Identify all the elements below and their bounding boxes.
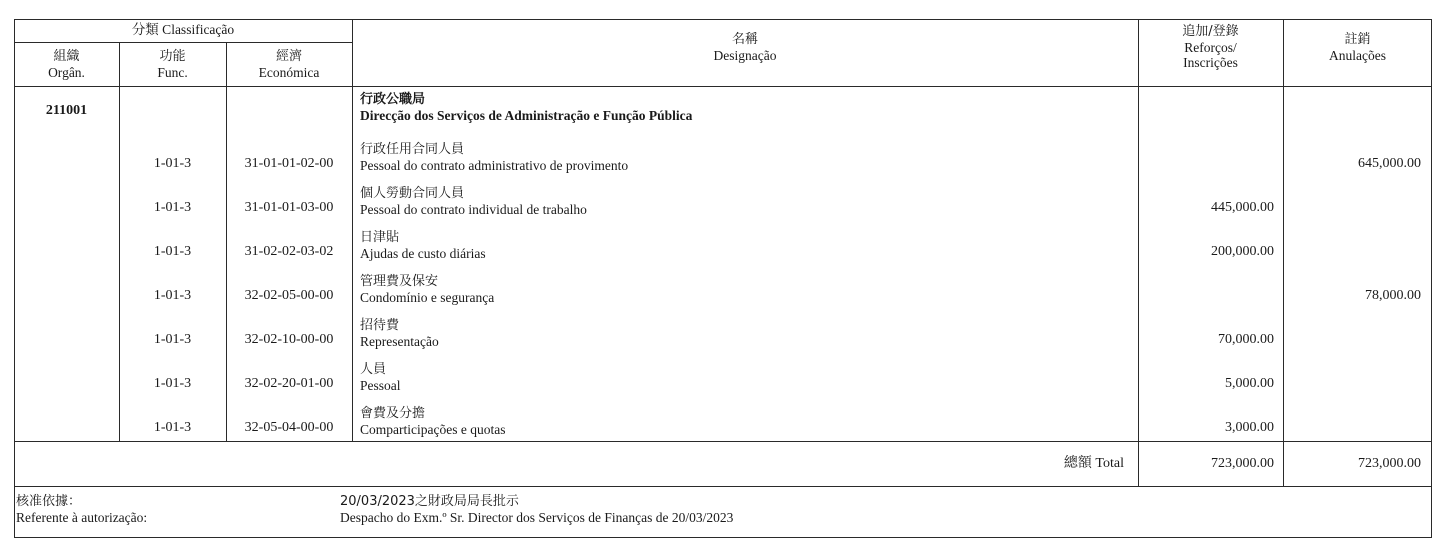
row-designation: 個人勞動合同人員Pessoal do contrato individual d… [360, 186, 1130, 218]
header-func-zh: 功能 [119, 49, 226, 65]
row-reforcos: 70,000.00 [1138, 332, 1274, 348]
header-organ-pt: Orgân. [14, 65, 119, 80]
row-designation-pt: Representação [360, 334, 1130, 350]
row-designation: 行政任用合同人員Pessoal do contrato administrati… [360, 142, 1130, 174]
row-designation: 會費及分擔Comparticipações e quotas [360, 406, 1130, 438]
header-reforcos-pt2: Inscrições [1138, 55, 1283, 70]
header-designation-pt: Designação [352, 48, 1138, 63]
row-designation-zh: 行政任用合同人員 [360, 142, 1130, 158]
header-designation-zh: 名稱 [352, 32, 1138, 48]
row-anulacoes: 78,000.00 [1283, 288, 1421, 304]
header-anulacoes: 註銷 Anulações [1283, 32, 1432, 63]
footer-label-zh: 核准依據： [16, 494, 336, 510]
row-func: 1-01-3 [119, 288, 226, 304]
footer-value: 20/03/2023之財政局局長批示 Despacho do Exm.º Sr.… [340, 494, 1240, 526]
row-func: 1-01-3 [119, 376, 226, 392]
header-designation: 名稱 Designação [352, 32, 1138, 63]
row-designation-zh: 人員 [360, 362, 1130, 378]
footer-label: 核准依據： Referente à autorização: [16, 494, 336, 526]
row-func: 1-01-3 [119, 332, 226, 348]
entity-name-zh: 行政公職局 [360, 92, 1130, 108]
footer-label-pt: Referente à autorização: [16, 510, 336, 526]
divider [352, 19, 353, 441]
row-reforcos: 445,000.00 [1138, 200, 1274, 216]
row-designation: 招待費Representação [360, 318, 1130, 350]
header-func-pt: Func. [119, 65, 226, 80]
row-designation: 人員Pessoal [360, 362, 1130, 394]
entity-code: 211001 [14, 103, 119, 119]
header-classification: 分類 Classificação [14, 22, 352, 37]
divider [14, 441, 1432, 442]
row-designation-pt: Pessoal do contrato administrativo de pr… [360, 158, 1130, 174]
header-reforcos-zh: 追加/登錄 [1138, 24, 1283, 40]
row-designation: 日津貼Ajudas de custo diárias [360, 230, 1130, 262]
header-econ-zh: 經濟 [226, 49, 352, 65]
row-designation-zh: 管理費及保安 [360, 274, 1130, 290]
row-func: 1-01-3 [119, 244, 226, 260]
footer-value-zh: 20/03/2023之財政局局長批示 [340, 494, 1240, 510]
row-econ: 31-01-01-02-00 [226, 156, 352, 172]
row-func: 1-01-3 [119, 156, 226, 172]
row-designation-zh: 日津貼 [360, 230, 1130, 246]
row-designation-zh: 招待費 [360, 318, 1130, 334]
row-designation-zh: 個人勞動合同人員 [360, 186, 1130, 202]
entity-name: 行政公職局 Direcção dos Serviços de Administr… [360, 92, 1130, 124]
divider [14, 42, 352, 43]
row-reforcos: 3,000.00 [1138, 420, 1274, 436]
row-econ: 31-01-01-03-00 [226, 200, 352, 216]
header-econ-pt: Económica [226, 65, 352, 80]
row-func: 1-01-3 [119, 200, 226, 216]
row-econ: 31-02-02-03-02 [226, 244, 352, 260]
header-anulacoes-zh: 註銷 [1283, 32, 1432, 48]
row-designation: 管理費及保安Condomínio e segurança [360, 274, 1130, 306]
row-anulacoes: 645,000.00 [1283, 156, 1421, 172]
row-designation-pt: Ajudas de custo diárias [360, 246, 1130, 262]
row-designation-pt: Pessoal [360, 378, 1130, 394]
header-anulacoes-pt: Anulações [1283, 48, 1432, 63]
row-designation-pt: Pessoal do contrato individual de trabal… [360, 202, 1130, 218]
header-reforcos-pt1: Reforços/ [1138, 40, 1283, 55]
row-designation-pt: Comparticipações e quotas [360, 422, 1130, 438]
row-reforcos: 200,000.00 [1138, 244, 1274, 260]
divider [1283, 19, 1284, 486]
header-func: 功能 Func. [119, 49, 226, 80]
row-econ: 32-02-05-00-00 [226, 288, 352, 304]
row-func: 1-01-3 [119, 420, 226, 436]
header-econ: 經濟 Económica [226, 49, 352, 80]
row-reforcos: 5,000.00 [1138, 376, 1274, 392]
row-econ: 32-05-04-00-00 [226, 420, 352, 436]
header-organ-zh: 組織 [14, 49, 119, 65]
divider [14, 486, 1432, 487]
row-econ: 32-02-10-00-00 [226, 332, 352, 348]
footer-value-pt: Despacho do Exm.º Sr. Director dos Servi… [340, 510, 1240, 526]
total-anulacoes: 723,000.00 [1283, 456, 1421, 472]
row-econ: 32-02-20-01-00 [226, 376, 352, 392]
row-designation-pt: Condomínio e segurança [360, 290, 1130, 306]
header-reforcos: 追加/登錄 Reforços/ Inscrições [1138, 24, 1283, 70]
header-organ: 組織 Orgân. [14, 49, 119, 80]
entity-name-pt: Direcção dos Serviços de Administração e… [360, 108, 1130, 124]
row-designation-zh: 會費及分擔 [360, 406, 1130, 422]
total-label: 總額 Total [352, 456, 1124, 472]
total-reforcos: 723,000.00 [1138, 456, 1274, 472]
